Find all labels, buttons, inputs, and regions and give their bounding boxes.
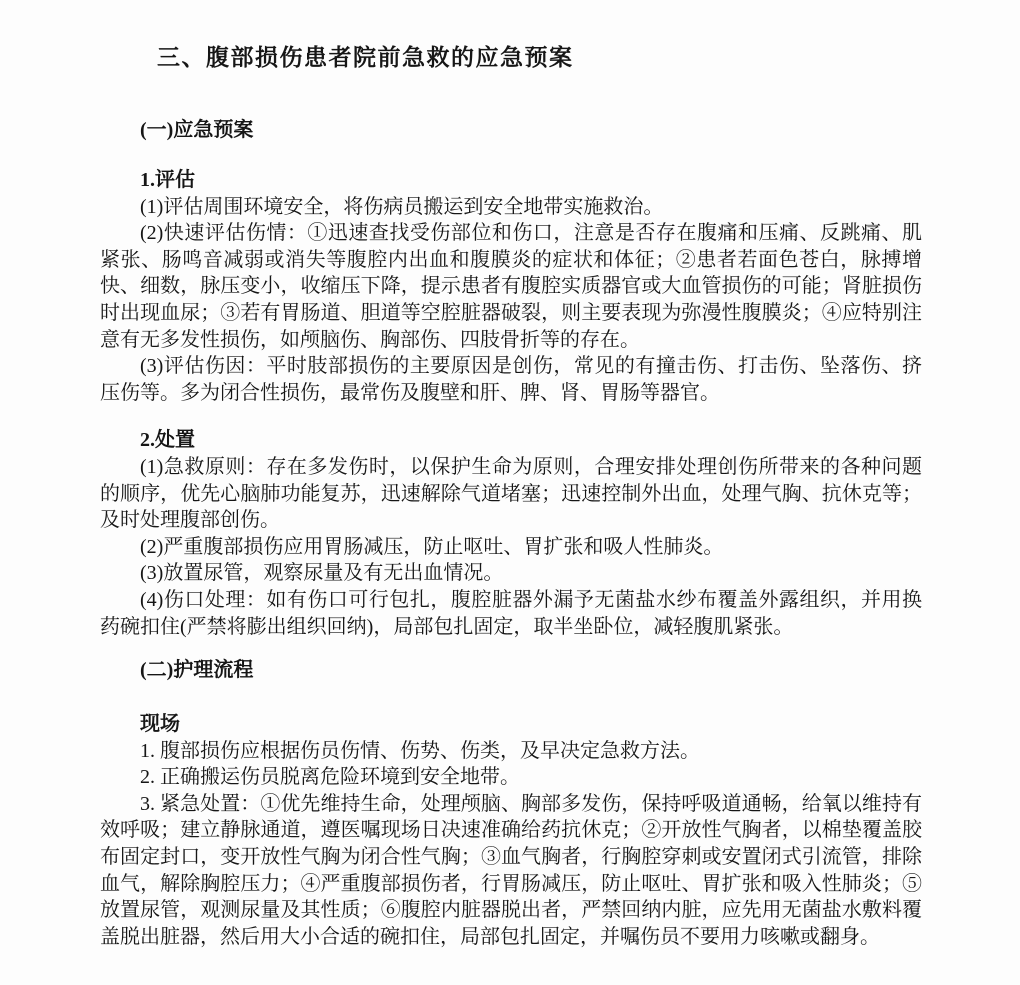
subsection-heading-assessment: 1.评估 bbox=[100, 167, 922, 194]
section-heading-nursing-process: (二)护理流程 bbox=[100, 657, 922, 684]
paragraph-assess-environment: (1)评估周围环境安全，将伤病员搬运到安全地带实施救治。 bbox=[100, 194, 922, 221]
document-page: 三、腹部损伤患者院前急救的应急预案 (一)应急预案 1.评估 (1)评估周围环境… bbox=[0, 0, 1020, 985]
paragraph-move-to-safety: 2. 正确搬运伤员脱离危险环境到安全地带。 bbox=[100, 764, 922, 791]
document-title: 三、腹部损伤患者院前急救的应急预案 bbox=[100, 42, 922, 74]
section-heading-emergency-plan: (一)应急预案 bbox=[100, 117, 922, 144]
paragraph-rescue-principles: (1)急救原则：存在多发伤时，以保护生命为原则，合理安排处理创伤所带来的各种问题… bbox=[100, 454, 922, 534]
section-emergency-plan: (一)应急预案 1.评估 (1)评估周围环境安全，将伤病员搬运到安全地带实施救治… bbox=[100, 117, 922, 640]
paragraph-emergency-disposal: 3. 紧急处置：①优先维持生命，处理颅脑、胸部多发伤，保持呼吸道通畅，给氧以维持… bbox=[100, 791, 922, 951]
paragraph-urinary-catheter: (3)放置尿管，观察尿量及有无出血情况。 bbox=[100, 560, 922, 587]
paragraph-assess-injury-cause: (3)评估伤因：平时肢部损伤的主要原因是创伤，常见的有撞击伤、打击伤、坠落伤、挤… bbox=[100, 353, 922, 406]
paragraph-gastric-decompression: (2)严重腹部损伤应用胃肠减压，防止呕吐、胃扩张和吸人性肺炎。 bbox=[100, 534, 922, 561]
subsection-heading-disposal: 2.处置 bbox=[100, 427, 922, 454]
subsection-heading-on-scene: 现场 bbox=[100, 711, 922, 738]
paragraph-decide-rescue-method: 1. 腹部损伤应根据伤员伤情、伤势、伤类，及早决定急救方法。 bbox=[100, 738, 922, 765]
paragraph-wound-treatment: (4)伤口处理：如有伤口可行包扎，腹腔脏器外漏予无菌盐水纱布覆盖外露组织，并用换… bbox=[100, 587, 922, 640]
section-nursing-process: (二)护理流程 现场 1. 腹部损伤应根据伤员伤情、伤势、伤类，及早决定急救方法… bbox=[100, 657, 922, 950]
paragraph-assess-injury-condition: (2)快速评估伤情：①迅速查找受伤部位和伤口，注意是否存在腹痛和压痛、反跳痛、肌… bbox=[100, 220, 922, 353]
